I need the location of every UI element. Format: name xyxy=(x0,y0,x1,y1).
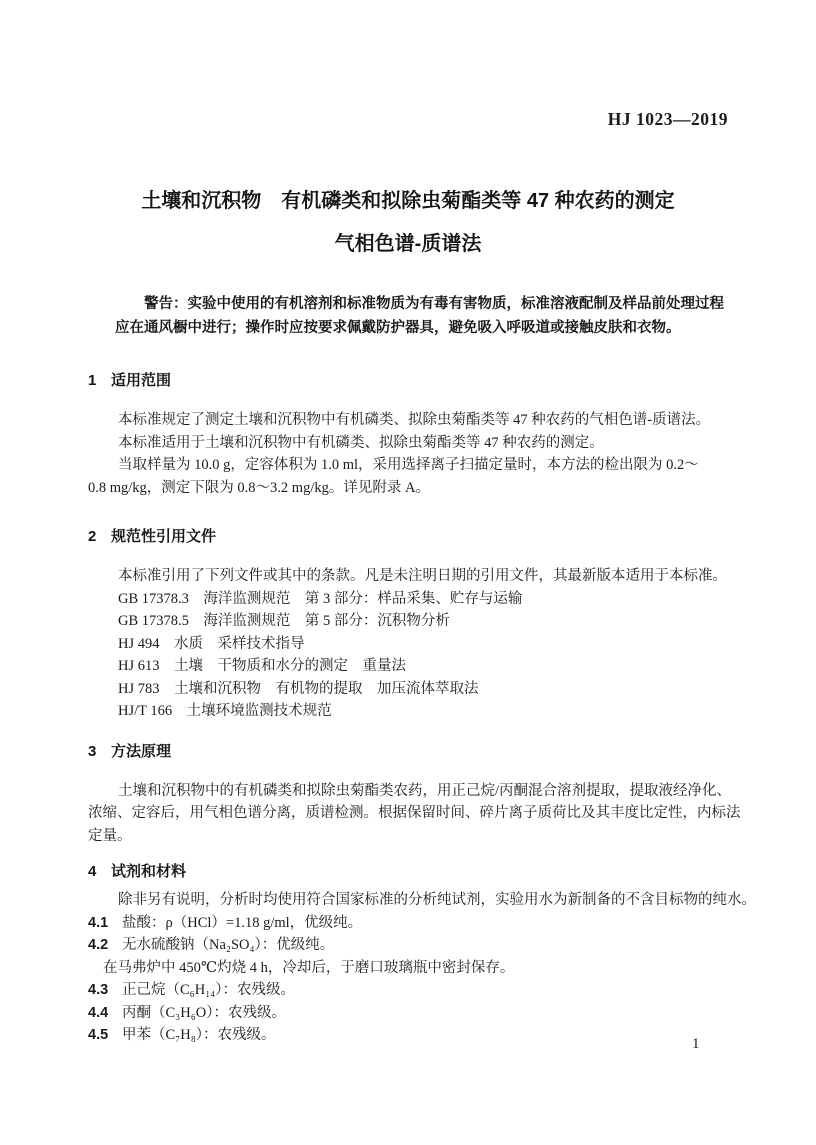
clause-text: 丙酮（C₃H₆O）：农残级。 xyxy=(122,1005,286,1021)
reference-item: HJ 494 水质 采样技术指导 xyxy=(88,633,728,656)
clause-text: 盐酸：ρ（HCl）=1.18 g/ml，优级纯。 xyxy=(122,915,362,931)
section-3-body: 土壤和沉积物中的有机磷类和拟除虫菊酯类农药，用正己烷/丙酮混合溶剂提取，提取液经… xyxy=(88,780,728,848)
title-line-1: 土壤和沉积物 有机磷类和拟除虫菊酯类等 47 种农药的测定 xyxy=(88,180,728,223)
clause-number: 4.2 xyxy=(88,934,122,957)
section-3-number: 3 xyxy=(88,741,111,763)
reference-item: HJ 613 土壤 干物质和水分的测定 重量法 xyxy=(88,655,728,678)
reference-item: GB 17378.3 海洋监测规范 第 3 部分：样品采集、贮存与运输 xyxy=(88,588,728,611)
clause-number: 4.5 xyxy=(88,1024,122,1047)
document-title: 土壤和沉积物 有机磷类和拟除虫菊酯类等 47 种农药的测定 气相色谱-质谱法 xyxy=(88,180,728,266)
section-4-body: 除非另有说明，分析时均使用符合国家标准的分析纯试剂，实验用水为新制备的不含目标物… xyxy=(88,889,728,1047)
section-2-number: 2 xyxy=(88,526,111,548)
paragraph-line: 定量。 xyxy=(88,825,728,848)
warning-line-2: 应在通风橱中进行；操作时应按要求佩戴防护器具，避免吸入呼吸道或接触皮肤和衣物。 xyxy=(115,316,728,340)
section-2-heading: 2规范性引用文件 xyxy=(88,526,728,548)
reference-item: HJ/T 166 土壤环境监测技术规范 xyxy=(88,700,728,723)
paragraph-line: 土壤和沉积物中的有机磷类和拟除虫菊酯类农药，用正己烷/丙酮混合溶剂提取，提取液经… xyxy=(88,780,728,803)
section-1-title: 适用范围 xyxy=(111,372,171,389)
section-4-number: 4 xyxy=(88,861,111,883)
section-4-heading: 4试剂和材料 xyxy=(88,861,728,883)
title-line-2: 气相色谱-质谱法 xyxy=(88,223,728,266)
clause-text: 无水硫酸钠（Na₂SO₄）：优级纯。 xyxy=(122,937,334,953)
section-3-heading: 3方法原理 xyxy=(88,741,728,763)
clause-text: 甲苯（C₇H₈）：农残级。 xyxy=(122,1027,276,1043)
warning-block: 警告：实验中使用的有机溶剂和标准物质为有毒有害物质，标准溶液配制及样品前处理过程… xyxy=(88,292,728,340)
clause-4-1: 4.1盐酸：ρ（HCl）=1.18 g/ml，优级纯。 xyxy=(88,912,728,935)
document-page: HJ 1023—2019 土壤和沉积物 有机磷类和拟除虫菊酯类等 47 种农药的… xyxy=(0,0,816,1145)
clause-4-2-note: 在马弗炉中 450℃灼烧 4 h，冷却后，于磨口玻璃瓶中密封保存。 xyxy=(88,957,728,980)
clause-number: 4.4 xyxy=(88,1002,122,1025)
page-number: 1 xyxy=(692,1036,700,1053)
clause-number: 4.1 xyxy=(88,912,122,935)
section-4-title: 试剂和材料 xyxy=(111,863,186,880)
warning-line-1: 警告：实验中使用的有机溶剂和标准物质为有毒有害物质，标准溶液配制及样品前处理过程 xyxy=(115,292,728,316)
page-content: HJ 1023—2019 土壤和沉积物 有机磷类和拟除虫菊酯类等 47 种农药的… xyxy=(88,0,728,1047)
standard-code: HJ 1023—2019 xyxy=(88,106,728,132)
paragraph-line: 本标准引用了下列文件或其中的条款。凡是未注明日期的引用文件，其最新版本适用于本标… xyxy=(88,565,728,588)
paragraph-line: 浓缩、定容后，用气相色谱分离，质谱检测。根据保留时间、碎片离子质荷比及其丰度比定… xyxy=(88,802,728,825)
clause-4-5: 4.5甲苯（C₇H₈）：农残级。 xyxy=(88,1024,728,1047)
clause-number: 4.3 xyxy=(88,979,122,1002)
section-2-body: 本标准引用了下列文件或其中的条款。凡是未注明日期的引用文件，其最新版本适用于本标… xyxy=(88,565,728,723)
section-1-heading: 1适用范围 xyxy=(88,370,728,392)
clause-text: 正己烷（C₆H₁₄）：农残级。 xyxy=(122,982,295,998)
reference-item: HJ 783 土壤和沉积物 有机物的提取 加压流体萃取法 xyxy=(88,678,728,701)
section-2-title: 规范性引用文件 xyxy=(111,528,216,545)
reference-item: GB 17378.5 海洋监测规范 第 5 部分：沉积物分析 xyxy=(88,610,728,633)
paragraph-line: 本标准规定了测定土壤和沉积物中有机磷类、拟除虫菊酯类等 47 种农药的气相色谱-… xyxy=(88,409,728,432)
section-1-number: 1 xyxy=(88,370,111,392)
paragraph-line: 本标准适用于土壤和沉积物中有机磷类、拟除虫菊酯类等 47 种农药的测定。 xyxy=(88,432,728,455)
paragraph-line: 除非另有说明，分析时均使用符合国家标准的分析纯试剂，实验用水为新制备的不含目标物… xyxy=(88,889,728,912)
section-1-body: 本标准规定了测定土壤和沉积物中有机磷类、拟除虫菊酯类等 47 种农药的气相色谱-… xyxy=(88,409,728,499)
paragraph-line: 0.8 mg/kg，测定下限为 0.8～3.2 mg/kg。详见附录 A。 xyxy=(88,477,728,500)
paragraph-line: 当取样量为 10.0 g，定容体积为 1.0 ml，采用选择离子扫描定量时，本方… xyxy=(88,454,728,477)
section-3-title: 方法原理 xyxy=(111,743,171,760)
clause-4-2: 4.2无水硫酸钠（Na₂SO₄）：优级纯。 xyxy=(88,934,728,957)
clause-4-3: 4.3正己烷（C₆H₁₄）：农残级。 xyxy=(88,979,728,1002)
clause-4-4: 4.4丙酮（C₃H₆O）：农残级。 xyxy=(88,1002,728,1025)
